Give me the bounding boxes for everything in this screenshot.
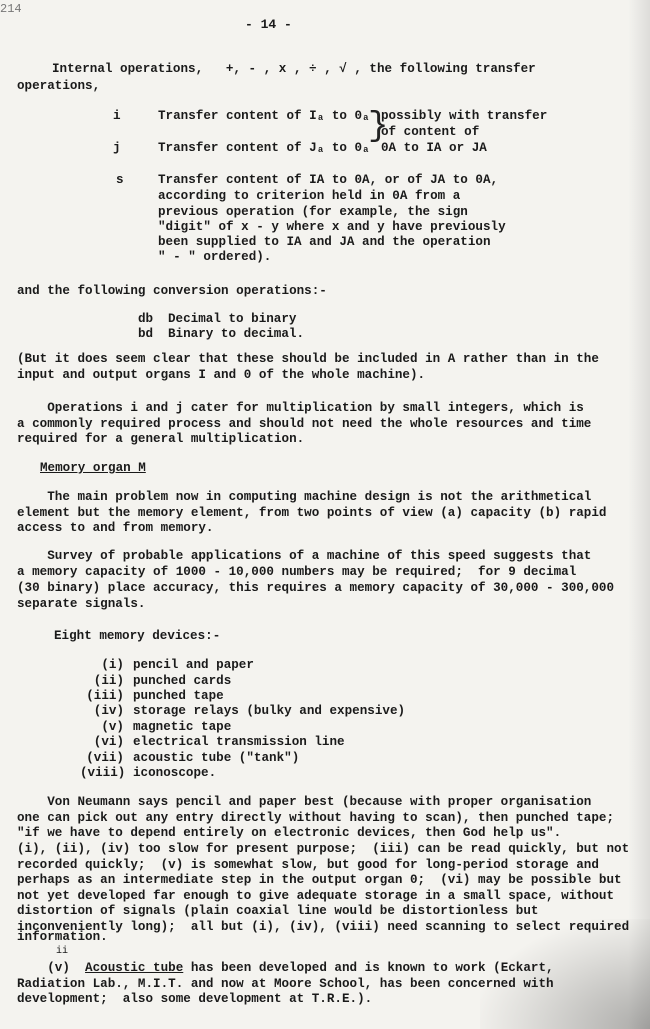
op-key-i: i	[113, 109, 121, 125]
acoustic-line-1: (v) Acoustic tube has been developed and…	[17, 961, 554, 977]
conv-text-db: Decimal to binary	[168, 312, 296, 328]
op-s-line: Transfer content of IA to 0A, or of JA t…	[158, 173, 498, 189]
op-s-line: previous operation (for example, the sig…	[158, 205, 468, 221]
para-survey-line: (30 binary) place accuracy, this require…	[17, 581, 614, 597]
device-num: (v)	[80, 720, 124, 736]
acoustic-underlined: Acoustic tube	[85, 961, 183, 975]
device-num: (vi)	[80, 735, 124, 751]
transfer-note-3: 0A to IA or JA	[381, 141, 487, 157]
page-number: - 14 -	[245, 17, 292, 33]
para-neumann-line: not yet developed far enough to give ade…	[17, 889, 614, 905]
para-main-line: element but the memory element, from two…	[17, 506, 606, 522]
para-main-line: access to and from memory.	[17, 521, 214, 537]
para-neumann-line: (i), (ii), (iv) too slow for present pur…	[17, 842, 629, 858]
section-heading: Memory organ M	[40, 461, 146, 477]
intro-line-1: Internal operations, +, - , x , ÷ , √ , …	[52, 62, 536, 78]
para-but-line: (But it does seem clear that these shoul…	[17, 352, 599, 368]
device-text: punched tape	[133, 689, 224, 705]
para-survey-line: a memory capacity of 1000 - 10,000 numbe…	[17, 565, 576, 581]
margin-note: ii	[56, 944, 68, 960]
scan-edge-shadow	[628, 0, 650, 1029]
device-num: (ii)	[80, 674, 124, 690]
device-text: storage relays (bulky and expensive)	[133, 704, 405, 720]
device-num: (i)	[80, 658, 124, 674]
device-text: punched cards	[133, 674, 231, 690]
para-neumann-line: perhaps as an intermediate step in the o…	[17, 873, 622, 889]
conv-key-bd: bd	[138, 327, 153, 343]
para-main-line: The main problem now in computing machin…	[17, 490, 591, 506]
para-but-line: input and output organs I and 0 of the w…	[17, 368, 425, 384]
device-num: (viii)	[80, 766, 124, 782]
device-num: (iv)	[80, 704, 124, 720]
para-neumann-line: inconveniently long); all but (i), (iv),…	[17, 920, 629, 936]
para-neumann-line: distortion of signals (plain coaxial lin…	[17, 904, 538, 920]
device-text: acoustic tube ("tank")	[133, 751, 299, 767]
para-survey-line: separate signals.	[17, 597, 145, 613]
acoustic-line-2: Radiation Lab., M.I.T. and now at Moore …	[17, 977, 554, 993]
device-text: iconoscope.	[133, 766, 216, 782]
op-s-line: according to criterion held in 0A from a	[158, 189, 460, 205]
op-key-j: j	[113, 141, 121, 157]
transfer-note-1: possibly with transfer	[381, 109, 547, 125]
device-num: (vii)	[80, 751, 124, 767]
acoustic-rest: has been developed and is known to work …	[183, 961, 553, 975]
transfer-note-2: of content of	[381, 125, 479, 141]
para-ops-line: required for a general multiplication.	[17, 432, 304, 448]
conversion-intro: and the following conversion operations:…	[17, 284, 327, 300]
op-s-line: been supplied to IA and JA and the opera…	[158, 235, 491, 251]
document-page: 214 - 14 - Internal operations, +, - , x…	[0, 0, 650, 1029]
devices-heading: Eight memory devices:-	[54, 629, 220, 645]
op-key-s: s	[116, 173, 124, 189]
para-ops-line: a commonly required process and should n…	[17, 417, 591, 433]
conv-key-db: db	[138, 312, 153, 328]
para-ops-line: Operations i and j cater for multiplicat…	[17, 401, 584, 417]
para-survey-line: Survey of probable applications of a mac…	[17, 549, 591, 565]
op-s-line: "digit" of x - y where x and y have prev…	[158, 220, 506, 236]
device-text: electrical transmission line	[133, 735, 345, 751]
device-text: pencil and paper	[133, 658, 254, 674]
acoustic-line-3: development; also some development at T.…	[17, 992, 372, 1008]
conv-text-bd: Binary to decimal.	[168, 327, 304, 343]
para-neumann-line: Von Neumann says pencil and paper best (…	[17, 795, 591, 811]
intro-line-2: operations,	[17, 79, 100, 95]
para-neumann-line: recorded quickly; (v) is somewhat slow, …	[17, 858, 599, 874]
op-s-line: " - " ordered).	[158, 250, 271, 266]
para-neumann-line: "if we have to depend entirely on electr…	[17, 826, 561, 842]
op-text-i: Transfer content of Iₐ to 0ₐ	[158, 109, 370, 125]
para-neumann-line: one can pick out any entry directly with…	[17, 811, 614, 827]
op-text-j: Transfer content of Jₐ to 0ₐ	[158, 141, 370, 157]
acoustic-prefix: (v)	[17, 961, 85, 975]
device-num: (iii)	[80, 689, 124, 705]
device-text: magnetic tape	[133, 720, 231, 736]
margin-page-mark: 214	[0, 2, 22, 18]
